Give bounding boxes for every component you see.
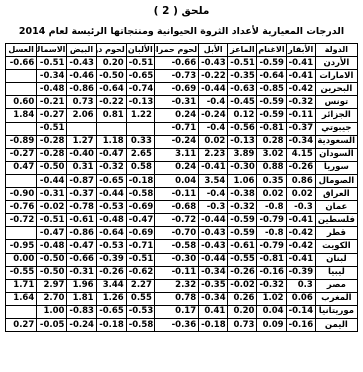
value-cell: -0.50	[96, 70, 126, 83]
column-header: الاسماك	[37, 44, 67, 57]
value-cell: -0.44	[199, 214, 228, 227]
value-cell: -0.51	[126, 57, 154, 70]
value-cell: -0.41	[286, 214, 315, 227]
value-cell: -0.02	[228, 279, 257, 292]
value-cell: -0.32	[96, 161, 126, 174]
value-cell: -0.35	[199, 279, 228, 292]
value-cell: 3.44	[96, 279, 126, 292]
value-cell: -0.86	[67, 227, 96, 240]
country-cell: الصومال	[315, 174, 357, 187]
value-cell: -0.53	[96, 201, 126, 214]
value-cell: -0.70	[154, 227, 198, 240]
value-cell: -0.86	[67, 83, 96, 96]
table-row: مصر0.3-0.32-0.02-0.352.322.273.441.962.9…	[6, 279, 358, 292]
value-cell: 0.02	[286, 188, 315, 201]
value-cell: -0.26	[228, 266, 257, 279]
value-cell: -0.51	[126, 253, 154, 266]
value-cell: -0.47	[37, 227, 67, 240]
value-cell: -0.73	[154, 70, 198, 83]
value-cell: -0.44	[96, 188, 126, 201]
value-cell: 0.06	[286, 292, 315, 305]
value-cell: 0.12	[228, 109, 257, 122]
value-cell: -0.48	[96, 214, 126, 227]
country-cell: لبنان	[315, 253, 357, 266]
table-row: البحرين-0.42-0.85-0.63-0.44-0.69-0.74-0.…	[6, 83, 358, 96]
appendix-label: ملحق ( 2 )	[0, 5, 363, 17]
value-cell: -0.4	[199, 122, 228, 135]
value-cell: -0.50	[37, 266, 67, 279]
value-cell: -0.41	[286, 57, 315, 70]
value-cell: -0.37	[286, 122, 315, 135]
table-row: ليبيا-0.39-0.16-0.26-0.34-0.11-0.62-0.26…	[6, 266, 358, 279]
value-cell: -0.18	[199, 318, 228, 331]
value-cell: -0.74	[126, 83, 154, 96]
value-cell: -0.44	[199, 83, 228, 96]
value-cell: -0.41	[199, 161, 228, 174]
value-cell: -0.35	[228, 70, 257, 83]
table-row: جيبوتي-0.37-0.81-0.56-0.4-0.71-0.51	[6, 122, 358, 135]
value-cell: -0.51	[37, 57, 67, 70]
value-cell	[67, 122, 96, 135]
value-cell	[6, 305, 37, 318]
value-cell: -0.32	[257, 279, 286, 292]
value-cell: -0.59	[228, 227, 257, 240]
value-cell: 1.71	[6, 279, 37, 292]
value-cell: -0.83	[67, 305, 96, 318]
table-row: سوريا-0.260.88-0.30-0.410.240.58-0.320.3…	[6, 161, 358, 174]
value-cell: 0.00	[6, 253, 37, 266]
value-cell: 3.02	[257, 148, 286, 161]
value-cell: -0.62	[126, 266, 154, 279]
value-cell: -0.51	[37, 122, 67, 135]
value-cell: -0.36	[154, 318, 198, 331]
value-cell: -0.55	[6, 266, 37, 279]
value-cell: -0.31	[67, 266, 96, 279]
value-cell: 4.15	[286, 148, 315, 161]
value-cell: 1.96	[67, 279, 96, 292]
value-cell: 0.73	[228, 318, 257, 331]
value-cell: 2.32	[154, 279, 198, 292]
value-cell: 0.17	[154, 305, 198, 318]
value-cell: 0.73	[67, 96, 96, 109]
column-header: الاغنام	[257, 44, 286, 57]
value-cell	[96, 122, 126, 135]
value-cell: -0.40	[67, 148, 96, 161]
country-cell: العراق	[315, 188, 357, 201]
value-cell: -0.59	[257, 57, 286, 70]
value-cell: -0.65	[126, 70, 154, 83]
value-cell: -0.72	[154, 214, 198, 227]
value-cell: 0.09	[257, 318, 286, 331]
value-cell: -0.24	[199, 109, 228, 122]
table-row: موريتانيا-0.140.040.200.410.17-0.53-0.65…	[6, 305, 358, 318]
value-cell: -0.42	[286, 83, 315, 96]
value-cell: 0.02	[199, 135, 228, 148]
value-cell: -0.21	[37, 96, 67, 109]
value-cell: -0.28	[37, 135, 67, 148]
country-cell: مصر	[315, 279, 357, 292]
country-cell: الكويت	[315, 240, 357, 253]
value-cell: -0.4	[199, 188, 228, 201]
value-cell: -0.43	[67, 57, 96, 70]
value-cell: 2.70	[37, 292, 67, 305]
value-cell: 0.27	[6, 318, 37, 331]
value-cell: 1.22	[126, 109, 154, 122]
value-cell: -0.42	[286, 227, 315, 240]
value-cell: 0.86	[286, 174, 315, 187]
country-cell: ليبيا	[315, 266, 357, 279]
table-row: السعودية-0.340.28-0.130.02-0.240.331.181…	[6, 135, 358, 148]
column-header: العسل	[6, 44, 37, 57]
value-cell: -0.27	[37, 109, 67, 122]
value-cell: -0.78	[67, 201, 96, 214]
value-cell: -0.13	[126, 96, 154, 109]
table-head: الدولةالأبقارالاغنامالماعزالأبللحوم حمرا…	[6, 44, 358, 57]
value-cell: -0.68	[154, 201, 198, 214]
value-cell: 0.41	[199, 305, 228, 318]
value-cell: -0.30	[228, 161, 257, 174]
value-cell: 0.31	[67, 161, 96, 174]
value-cell: -0.72	[6, 214, 37, 227]
value-cell: 0.04	[257, 305, 286, 318]
value-cell: -0.79	[257, 214, 286, 227]
value-cell: -0.59	[228, 214, 257, 227]
value-cell	[6, 70, 37, 83]
table-row: لبنان-0.41-0.81-0.55-0.44-0.30-0.51-0.39…	[6, 253, 358, 266]
country-cell: سوريا	[315, 161, 357, 174]
value-cell: -0.56	[228, 122, 257, 135]
standardized-scores-table: الدولةالأبقارالاغنامالماعزالأبللحوم حمرا…	[5, 43, 358, 332]
value-cell: 0.60	[6, 96, 37, 109]
table-row: الأردن-0.41-0.59-0.51-0.43-0.66-0.510.20…	[6, 57, 358, 70]
value-cell: -0.3	[286, 201, 315, 214]
value-cell: 1.18	[96, 135, 126, 148]
value-cell: -0.32	[228, 201, 257, 214]
value-cell	[6, 122, 37, 135]
value-cell: 0.88	[257, 161, 286, 174]
value-cell: -0.8	[257, 227, 286, 240]
value-cell	[126, 122, 154, 135]
value-cell: -0.30	[154, 253, 198, 266]
value-cell: -0.11	[154, 188, 198, 201]
value-cell: -0.66	[6, 57, 37, 70]
value-cell: -0.45	[228, 96, 257, 109]
value-cell: -0.47	[96, 148, 126, 161]
value-cell	[6, 227, 37, 240]
value-cell: 0.78	[154, 292, 198, 305]
value-cell: -0.42	[286, 240, 315, 253]
value-cell: 1.00	[37, 305, 67, 318]
value-cell: -0.34	[199, 292, 228, 305]
column-header: الأبل	[199, 44, 228, 57]
value-cell: -0.31	[37, 188, 67, 201]
value-cell: -0.18	[126, 174, 154, 187]
value-cell: -0.26	[96, 266, 126, 279]
value-cell: 0.20	[96, 57, 126, 70]
value-cell: 1.81	[67, 292, 96, 305]
value-cell: -0.34	[37, 70, 67, 83]
value-cell: 1.26	[96, 292, 126, 305]
value-cell: -0.47	[126, 214, 154, 227]
value-cell: -0.51	[228, 57, 257, 70]
column-header: لحوم دواجن	[96, 44, 126, 57]
table-row: فلسطين-0.41-0.79-0.59-0.44-0.72-0.47-0.4…	[6, 214, 358, 227]
value-cell: -0.39	[96, 253, 126, 266]
table-row: عمان-0.3-0.8-0.32-0.3-0.68-0.69-0.53-0.7…	[6, 201, 358, 214]
value-cell: -0.4	[199, 96, 228, 109]
value-cell: 1.27	[67, 135, 96, 148]
value-cell: -0.11	[154, 266, 198, 279]
table-row: السودان4.153.023.892.233.112.65-0.47-0.4…	[6, 148, 358, 161]
value-cell: -0.41	[286, 253, 315, 266]
value-cell: -0.43	[199, 240, 228, 253]
value-cell: 1.64	[6, 292, 37, 305]
value-cell: -0.31	[154, 96, 198, 109]
country-cell: فلسطين	[315, 214, 357, 227]
value-cell: 0.24	[154, 161, 198, 174]
value-cell: -0.39	[286, 266, 315, 279]
country-cell: المغرب	[315, 292, 357, 305]
value-cell: -0.53	[126, 305, 154, 318]
value-cell: -0.76	[6, 201, 37, 214]
value-cell: 0.20	[228, 305, 257, 318]
column-header: الدولة	[315, 44, 357, 57]
value-cell: -0.59	[257, 109, 286, 122]
value-cell: -0.89	[6, 135, 37, 148]
column-header: الألبان	[126, 44, 154, 57]
value-cell: -0.37	[67, 188, 96, 201]
value-cell: -0.34	[286, 135, 315, 148]
country-cell: الجزائر	[315, 109, 357, 122]
value-cell: -0.34	[199, 266, 228, 279]
value-cell: -0.85	[257, 83, 286, 96]
value-cell: -0.50	[37, 161, 67, 174]
table-body: الأردن-0.41-0.59-0.51-0.43-0.66-0.510.20…	[6, 57, 358, 332]
value-cell: 2.65	[126, 148, 154, 161]
value-cell: -0.69	[126, 227, 154, 240]
table-row: الصومال0.860.351.063.540.04-0.18-0.65-0.…	[6, 174, 358, 187]
value-cell	[6, 174, 37, 187]
value-cell: 0.47	[6, 161, 37, 174]
value-cell: -0.58	[154, 240, 198, 253]
value-cell: -0.05	[37, 318, 67, 331]
country-cell: قطر	[315, 227, 357, 240]
value-cell: 1.84	[6, 109, 37, 122]
value-cell: 0.55	[126, 292, 154, 305]
value-cell: -0.43	[199, 227, 228, 240]
value-cell: -0.32	[286, 96, 315, 109]
value-cell: 2.23	[199, 148, 228, 161]
value-cell: -0.8	[257, 201, 286, 214]
value-cell: -0.71	[154, 122, 198, 135]
country-cell: تونس	[315, 96, 357, 109]
column-header: الأبقار	[286, 44, 315, 57]
header-row: الدولةالأبقارالاغنامالماعزالأبللحوم حمرا…	[6, 44, 358, 57]
value-cell: -0.64	[96, 227, 126, 240]
value-cell: -0.48	[37, 83, 67, 96]
value-cell: 0.02	[257, 188, 286, 201]
value-cell: 0.3	[286, 279, 315, 292]
column-header: لحوم حمراء	[154, 44, 198, 57]
value-cell: -0.22	[96, 96, 126, 109]
value-cell: 3.11	[154, 148, 198, 161]
country-cell: عمان	[315, 201, 357, 214]
value-cell: 0.24	[154, 109, 198, 122]
value-cell: -0.50	[37, 253, 67, 266]
table-row: العراق0.020.02-0.38-0.4-0.11-0.58-0.44-0…	[6, 188, 358, 201]
value-cell: 0.26	[228, 292, 257, 305]
value-cell: -0.11	[286, 109, 315, 122]
country-cell: الامارات	[315, 70, 357, 83]
value-cell: -0.55	[228, 253, 257, 266]
value-cell: 0.81	[96, 109, 126, 122]
value-cell: 0.28	[257, 135, 286, 148]
value-cell: -0.61	[67, 214, 96, 227]
table-title: الدرجات المعيارية لأعداد الثروة الحيواني…	[0, 26, 363, 37]
value-cell	[6, 83, 37, 96]
table-row: الامارات-0.41-0.64-0.35-0.22-0.73-0.65-0…	[6, 70, 358, 83]
column-header: الماعز	[228, 44, 257, 57]
value-cell: 3.89	[228, 148, 257, 161]
value-cell: -0.61	[228, 240, 257, 253]
value-cell: 2.97	[37, 279, 67, 292]
value-cell: -0.58	[126, 318, 154, 331]
value-cell: -0.81	[257, 253, 286, 266]
value-cell: -0.65	[96, 174, 126, 187]
value-cell: -0.44	[37, 174, 67, 187]
value-cell: 0.33	[126, 135, 154, 148]
value-cell: -0.24	[154, 135, 198, 148]
value-cell: -0.90	[6, 188, 37, 201]
value-cell: -0.59	[257, 96, 286, 109]
value-cell: 0.35	[257, 174, 286, 187]
value-cell: 2.27	[126, 279, 154, 292]
value-cell: -0.63	[228, 83, 257, 96]
table-row: قطر-0.42-0.8-0.59-0.43-0.70-0.69-0.64-0.…	[6, 227, 358, 240]
country-cell: البحرين	[315, 83, 357, 96]
table-row: تونس-0.32-0.59-0.45-0.4-0.31-0.13-0.220.…	[6, 96, 358, 109]
document-page: ملحق ( 2 ) الدرجات المعيارية لأعداد الثر…	[0, 0, 363, 332]
value-cell: -0.95	[6, 240, 37, 253]
table-row: الجزائر-0.11-0.590.12-0.240.241.220.812.…	[6, 109, 358, 122]
value-cell: -0.47	[67, 240, 96, 253]
country-cell: موريتانيا	[315, 305, 357, 318]
value-cell: -0.38	[228, 188, 257, 201]
value-cell: 0.58	[126, 161, 154, 174]
value-cell: -0.43	[199, 57, 228, 70]
value-cell: -0.22	[199, 70, 228, 83]
table-row: المغرب0.061.020.26-0.340.780.551.261.812…	[6, 292, 358, 305]
value-cell: -0.51	[37, 214, 67, 227]
value-cell: -0.69	[126, 201, 154, 214]
table-row: اليمن-0.160.090.73-0.18-0.36-0.58-0.18-0…	[6, 318, 358, 331]
value-cell: -0.48	[37, 240, 67, 253]
value-cell: -0.26	[286, 161, 315, 174]
value-cell: -0.3	[199, 201, 228, 214]
value-cell: -0.44	[199, 253, 228, 266]
country-cell: الأردن	[315, 57, 357, 70]
value-cell: -0.66	[67, 253, 96, 266]
value-cell: -0.71	[126, 240, 154, 253]
value-cell: 0.04	[154, 174, 198, 187]
value-cell: -0.46	[67, 70, 96, 83]
value-cell: -0.58	[126, 188, 154, 201]
value-cell: -0.18	[96, 318, 126, 331]
table-row: الكويت-0.42-0.79-0.61-0.43-0.58-0.71-0.5…	[6, 240, 358, 253]
country-cell: السعودية	[315, 135, 357, 148]
value-cell: 1.02	[257, 292, 286, 305]
country-cell: اليمن	[315, 318, 357, 331]
value-cell: -0.28	[37, 148, 67, 161]
value-cell: -0.16	[257, 266, 286, 279]
value-cell: -0.53	[96, 240, 126, 253]
value-cell: -0.65	[96, 305, 126, 318]
value-cell: -0.02	[37, 201, 67, 214]
value-cell: -0.87	[67, 174, 96, 187]
value-cell: 2.06	[67, 109, 96, 122]
value-cell: 3.54	[199, 174, 228, 187]
value-cell: -0.64	[96, 83, 126, 96]
value-cell: -0.27	[6, 148, 37, 161]
value-cell: -0.24	[67, 318, 96, 331]
value-cell: -0.79	[257, 240, 286, 253]
value-cell: 1.06	[228, 174, 257, 187]
value-cell: -0.64	[257, 70, 286, 83]
value-cell: -0.81	[257, 122, 286, 135]
value-cell: -0.69	[154, 83, 198, 96]
value-cell: -0.14	[286, 305, 315, 318]
value-cell: -0.13	[228, 135, 257, 148]
value-cell: -0.16	[286, 318, 315, 331]
value-cell: -0.41	[286, 70, 315, 83]
country-cell: السودان	[315, 148, 357, 161]
value-cell: -0.66	[154, 57, 198, 70]
column-header: البيض	[67, 44, 96, 57]
country-cell: جيبوتي	[315, 122, 357, 135]
